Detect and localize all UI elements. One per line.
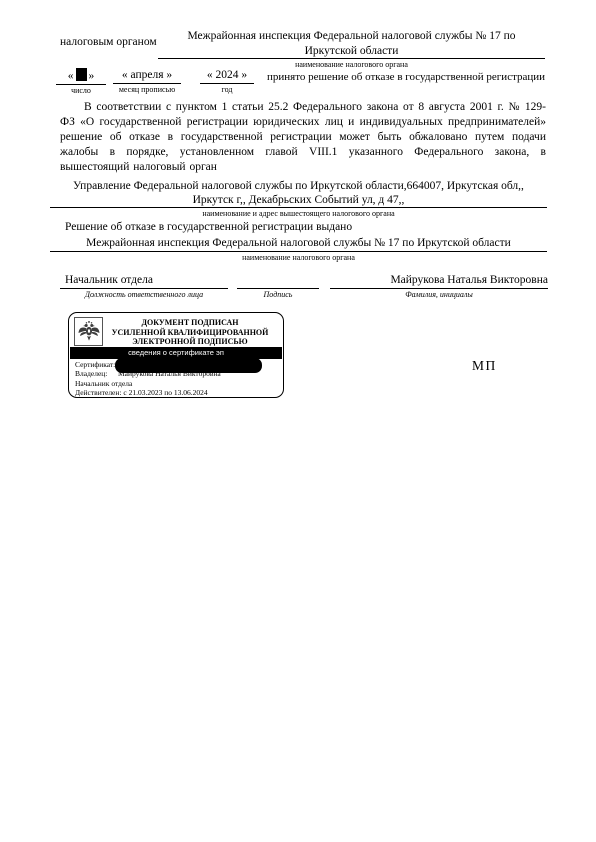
signature-position-caption: Должность ответственного лица bbox=[60, 289, 228, 299]
signature-sign-field: Подпись bbox=[237, 273, 319, 299]
appeal-paragraph: В соответствии с пунктом 1 статьи 25.2 Ф… bbox=[60, 100, 546, 175]
tax-org-field: Межрайонная инспекция Федеральной налого… bbox=[158, 29, 545, 69]
quote-close: » bbox=[241, 69, 247, 81]
issued-org-field: Межрайонная инспекция Федеральной налого… bbox=[50, 236, 547, 262]
signature-position: Начальник отдела bbox=[60, 273, 228, 289]
owner-label: Владелец: bbox=[75, 369, 118, 378]
issued-org-caption: наименование налогового органа bbox=[50, 252, 547, 262]
stamp-title-line2: УСИЛЕННОЙ КВАЛИФИЦИРОВАННОЙ bbox=[103, 328, 277, 338]
higher-org-field: Управление Федеральной налоговой службы … bbox=[50, 179, 547, 218]
signature-sign-caption: Подпись bbox=[237, 289, 319, 299]
higher-org-name: Управление Федеральной налоговой службы … bbox=[64, 179, 534, 207]
date-year-field: « 2024 » год bbox=[200, 68, 254, 94]
date-day-value: «» bbox=[56, 68, 106, 85]
date-month-caption: месяц прописью bbox=[113, 84, 181, 94]
date-day-field: «» число bbox=[56, 68, 106, 95]
date-day-caption: число bbox=[56, 85, 106, 95]
prefix-label: налоговым органом bbox=[60, 36, 157, 48]
signature-name-caption: Фамилия, инициалы bbox=[330, 289, 548, 299]
issued-label: Решение об отказе в государственной реги… bbox=[65, 221, 352, 233]
signature-name: Майрукова Наталья Викторовна bbox=[330, 273, 548, 289]
certificate-label: Сертификат: bbox=[75, 360, 115, 369]
signature-position-field: Начальник отдела Должность ответственног… bbox=[60, 273, 228, 299]
decision-text: принято решение об отказе в государствен… bbox=[267, 71, 547, 83]
quote-open: « bbox=[68, 70, 74, 82]
quote-open: « bbox=[207, 69, 213, 81]
month-text: апреля bbox=[131, 69, 164, 81]
date-month-field: « апреля » месяц прописью bbox=[113, 68, 181, 94]
tax-org-name: Межрайонная инспекция Федеральной налого… bbox=[176, 29, 528, 58]
higher-org-caption: наименование и адрес вышестоящего налого… bbox=[50, 208, 547, 218]
day-redaction-block bbox=[76, 68, 87, 81]
signature-sign-area bbox=[237, 273, 319, 289]
quote-close: » bbox=[89, 70, 95, 82]
digital-signature-stamp: ДОКУМЕНТ ПОДПИСАН УСИЛЕННОЙ КВАЛИФИЦИРОВ… bbox=[68, 312, 284, 398]
refusal-decision-document: налоговым органом Межрайонная инспекция … bbox=[0, 0, 596, 842]
stamp-title: ДОКУМЕНТ ПОДПИСАН УСИЛЕННОЙ КВАЛИФИЦИРОВ… bbox=[103, 318, 277, 347]
stamp-validity: Действителен: с 21.03.2023 по 13.06.2024 bbox=[75, 388, 279, 397]
certificate-redaction-block bbox=[115, 358, 262, 373]
issued-org-name: Межрайонная инспекция Федеральной налого… bbox=[50, 236, 547, 252]
stamp-title-line1: ДОКУМЕНТ ПОДПИСАН bbox=[103, 318, 277, 328]
coat-of-arms-icon bbox=[74, 317, 103, 346]
year-text: 2024 bbox=[216, 69, 239, 81]
owner-position: Начальник отдела bbox=[75, 379, 279, 388]
date-year-caption: год bbox=[200, 84, 254, 94]
date-year-value: « 2024 » bbox=[200, 68, 254, 84]
date-month-value: « апреля » bbox=[113, 68, 181, 84]
signature-name-field: Майрукова Наталья Викторовна Фамилия, ин… bbox=[330, 273, 548, 299]
quote-close: » bbox=[166, 69, 172, 81]
stamp-title-line3: ЭЛЕКТРОННОЙ ПОДПИСЬЮ bbox=[103, 337, 277, 347]
seal-placeholder: МП bbox=[472, 358, 497, 374]
quote-open: « bbox=[122, 69, 128, 81]
